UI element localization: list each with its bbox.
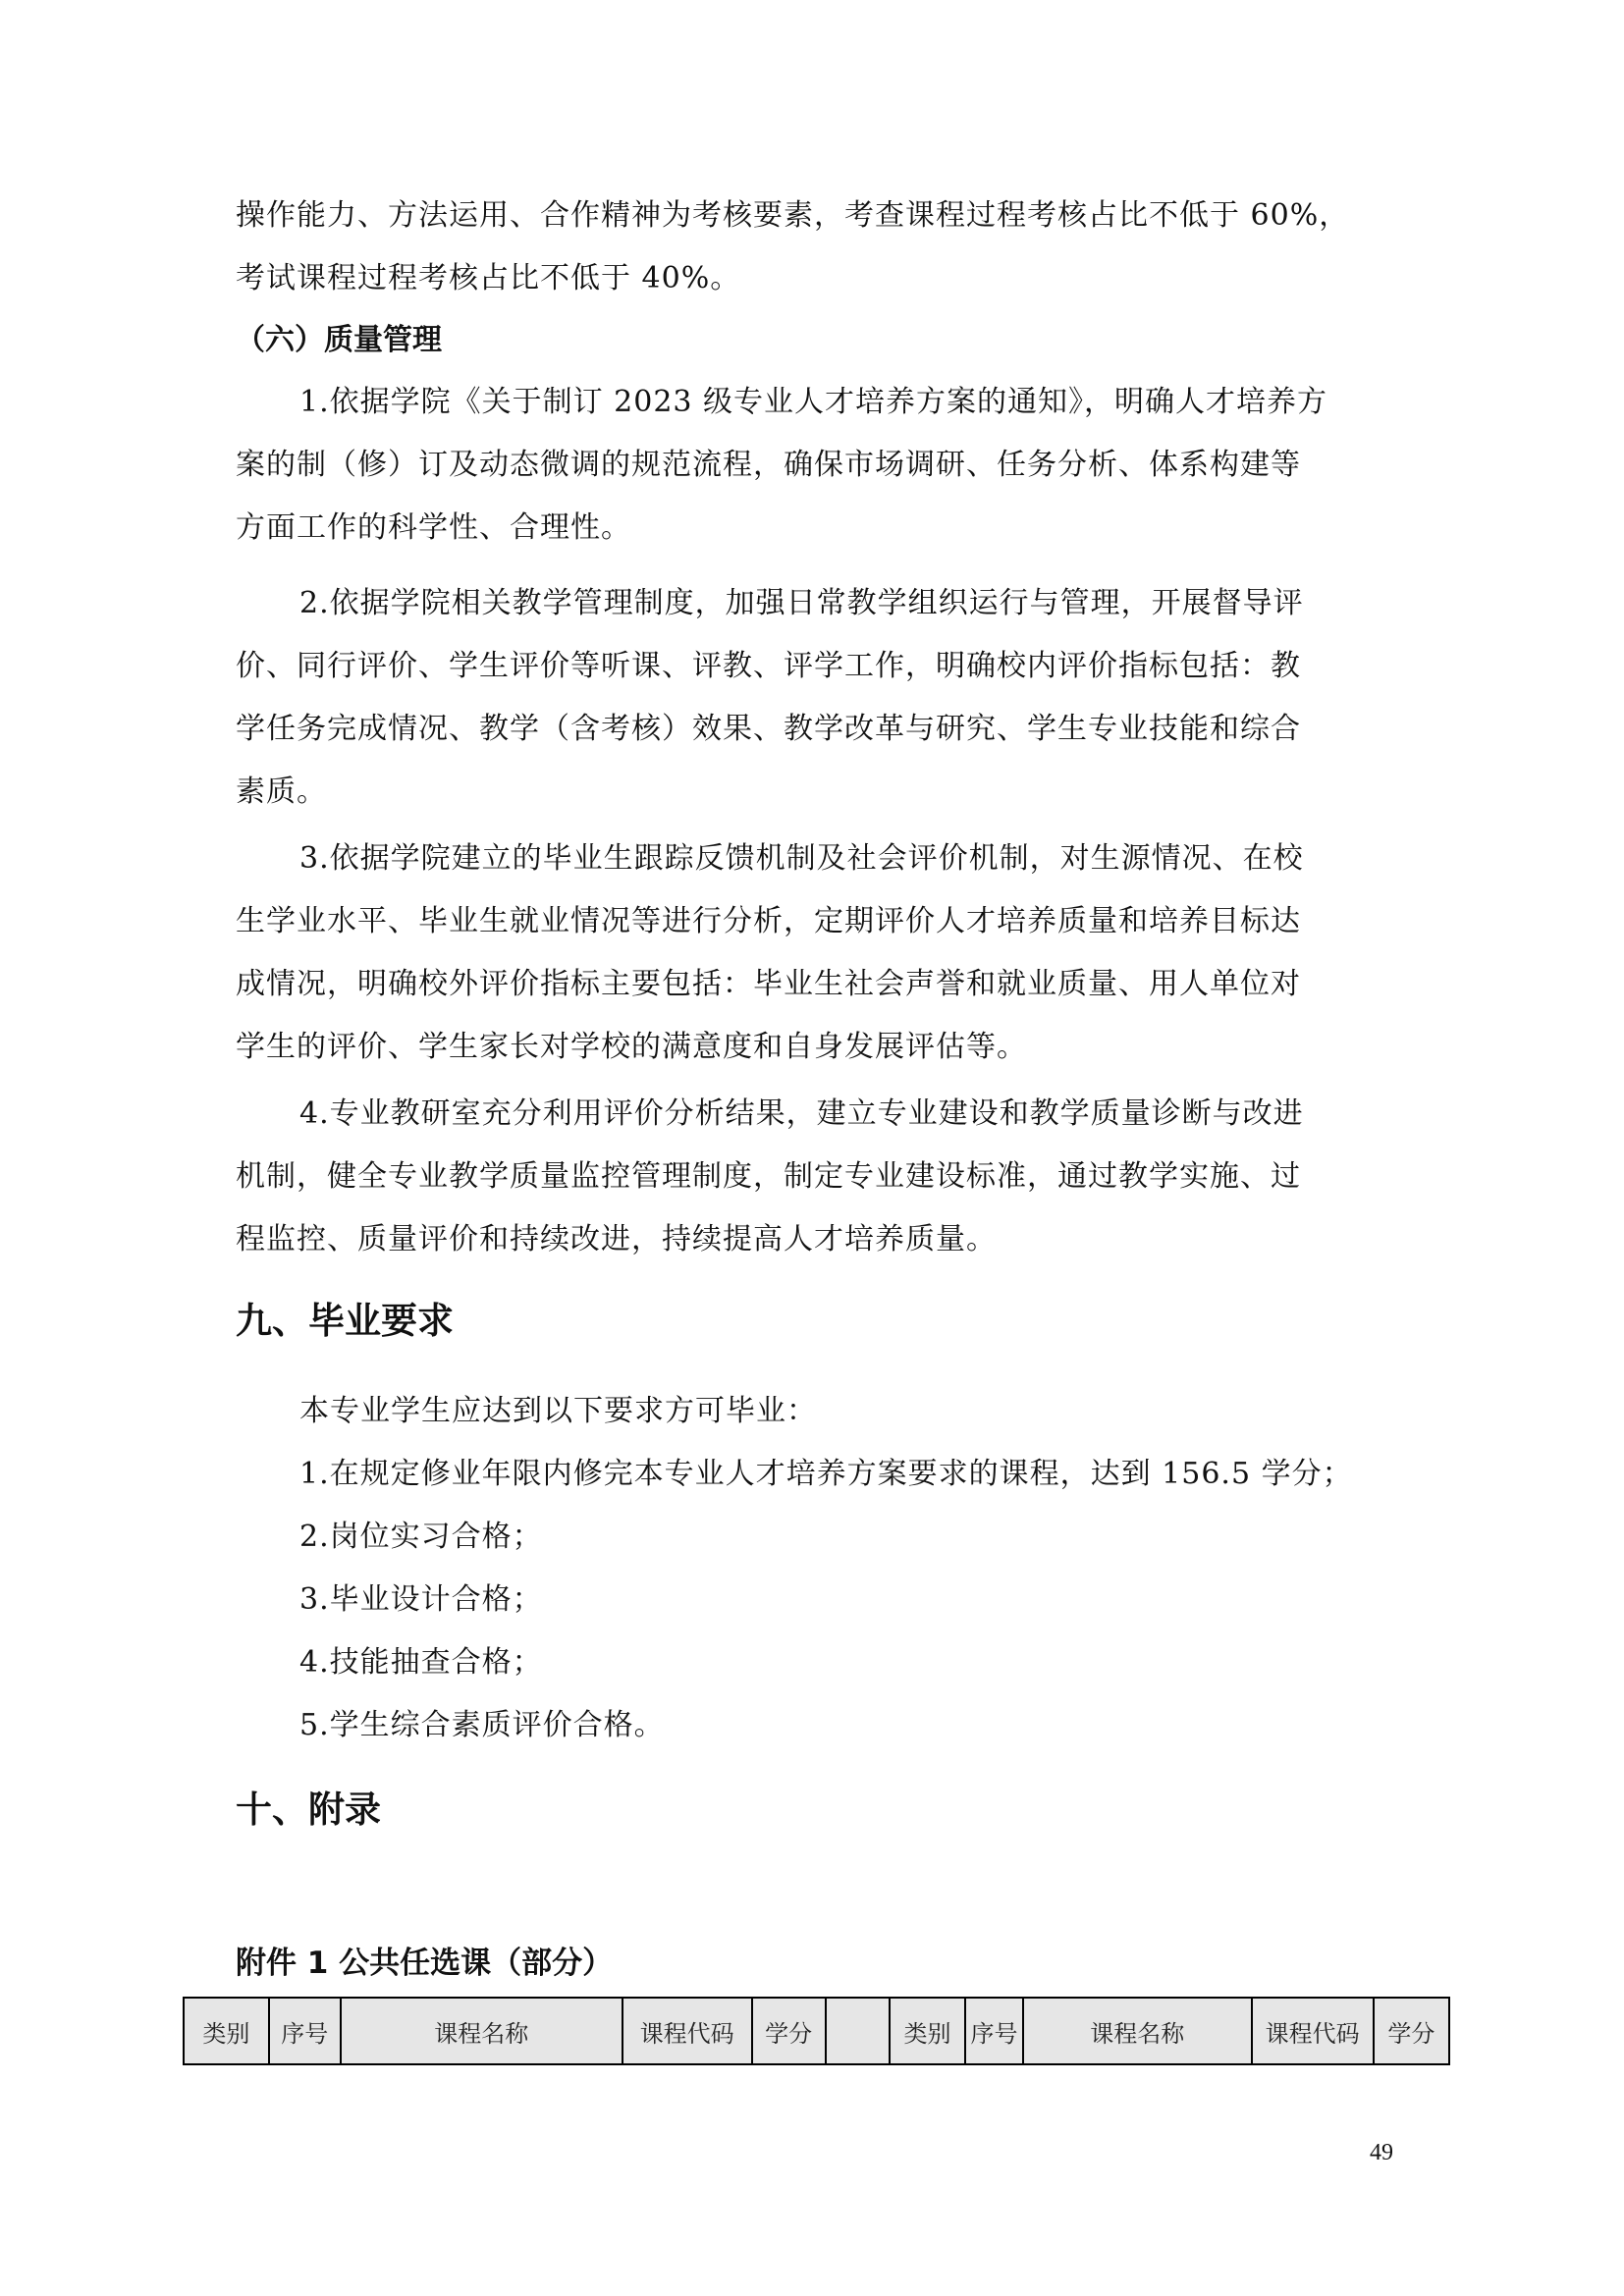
requirement-item: 1.在规定修业年限内修完本专业人才培养方案要求的课程，达到 156.5 学分；: [299, 1455, 1353, 1494]
elective-courses-table: 类别 序号 课程名称 课程代码 学分 类别 序号 课程名称 课程代码 学分: [183, 1997, 1450, 2065]
requirement-item: 2.岗位实习合格；: [299, 1518, 543, 1557]
paragraph-line: 1.依据学院《关于制订 2023 级专业人才培养方案的通知》，明确人才培养方: [299, 383, 1327, 422]
subsection-heading: （六）质量管理: [236, 321, 442, 360]
paragraph-line: 2.依据学院相关教学管理制度，加强日常教学组织运行与管理，开展督导评: [299, 584, 1304, 623]
paragraph-line: 成情况，明确校外评价指标主要包括：毕业生社会声誉和就业质量、用人单位对: [236, 965, 1301, 1004]
requirement-item: 3.毕业设计合格；: [299, 1580, 543, 1620]
paragraph-line: 操作能力、方法运用、合作精神为考核要素，考查课程过程考核占比不低于 60%，: [236, 196, 1349, 236]
paragraph-line: 考试课程过程考核占比不低于 40%。: [236, 259, 740, 298]
paragraph-line: 本专业学生应达到以下要求方可毕业：: [299, 1392, 817, 1431]
table-header-row: 类别 序号 课程名称 课程代码 学分 类别 序号 课程名称 课程代码 学分: [184, 1998, 1449, 2064]
attachment-title: 附件 1 公共任选课（部分）: [236, 1944, 613, 1983]
column-header-course-name: 课程名称: [341, 1998, 623, 2064]
column-header-credits: 学分: [1374, 1998, 1449, 2064]
paragraph-line: 机制，健全专业教学质量监控管理制度，制定专业建设标准，通过教学实施、过: [236, 1157, 1301, 1197]
column-header-course-code: 课程代码: [1252, 1998, 1374, 2064]
paragraph-line: 方面工作的科学性、合理性。: [236, 508, 631, 548]
column-header-spacer: [826, 1998, 890, 2064]
column-header-course-name: 课程名称: [1023, 1998, 1252, 2064]
paragraph-line: 案的制（修）订及动态微调的规范流程，确保市场调研、任务分析、体系构建等: [236, 446, 1301, 485]
paragraph-line: 生学业水平、毕业生就业情况等进行分析，定期评价人才培养质量和培养目标达: [236, 902, 1301, 941]
requirement-item: 4.技能抽查合格；: [299, 1643, 543, 1682]
column-header-index: 序号: [269, 1998, 341, 2064]
section-heading: 九、毕业要求: [236, 1298, 454, 1345]
column-header-credits: 学分: [752, 1998, 826, 2064]
paragraph-line: 素质。: [236, 773, 327, 812]
paragraph-line: 4.专业教研室充分利用评价分析结果，建立专业建设和教学质量诊断与改进: [299, 1095, 1304, 1134]
paragraph-line: 学任务完成情况、教学（含考核）效果、教学改革与研究、学生专业技能和综合: [236, 710, 1301, 749]
column-header-category: 类别: [184, 1998, 269, 2064]
paragraph-line: 价、同行评价、学生评价等听课、评教、评学工作，明确校内评价指标包括：教: [236, 647, 1301, 686]
column-header-index: 序号: [965, 1998, 1023, 2064]
page-number: 49: [1370, 2140, 1393, 2166]
column-header-category: 类别: [890, 1998, 965, 2064]
paragraph-line: 程监控、质量评价和持续改进，持续提高人才培养质量。: [236, 1220, 997, 1259]
section-heading: 十、附录: [236, 1787, 381, 1834]
column-header-course-code: 课程代码: [623, 1998, 752, 2064]
paragraph-line: 学生的评价、学生家长对学校的满意度和自身发展评估等。: [236, 1028, 1027, 1067]
paragraph-line: 3.依据学院建立的毕业生跟踪反馈机制及社会评价机制，对生源情况、在校: [299, 839, 1304, 879]
requirement-item: 5.学生综合素质评价合格。: [299, 1706, 665, 1745]
